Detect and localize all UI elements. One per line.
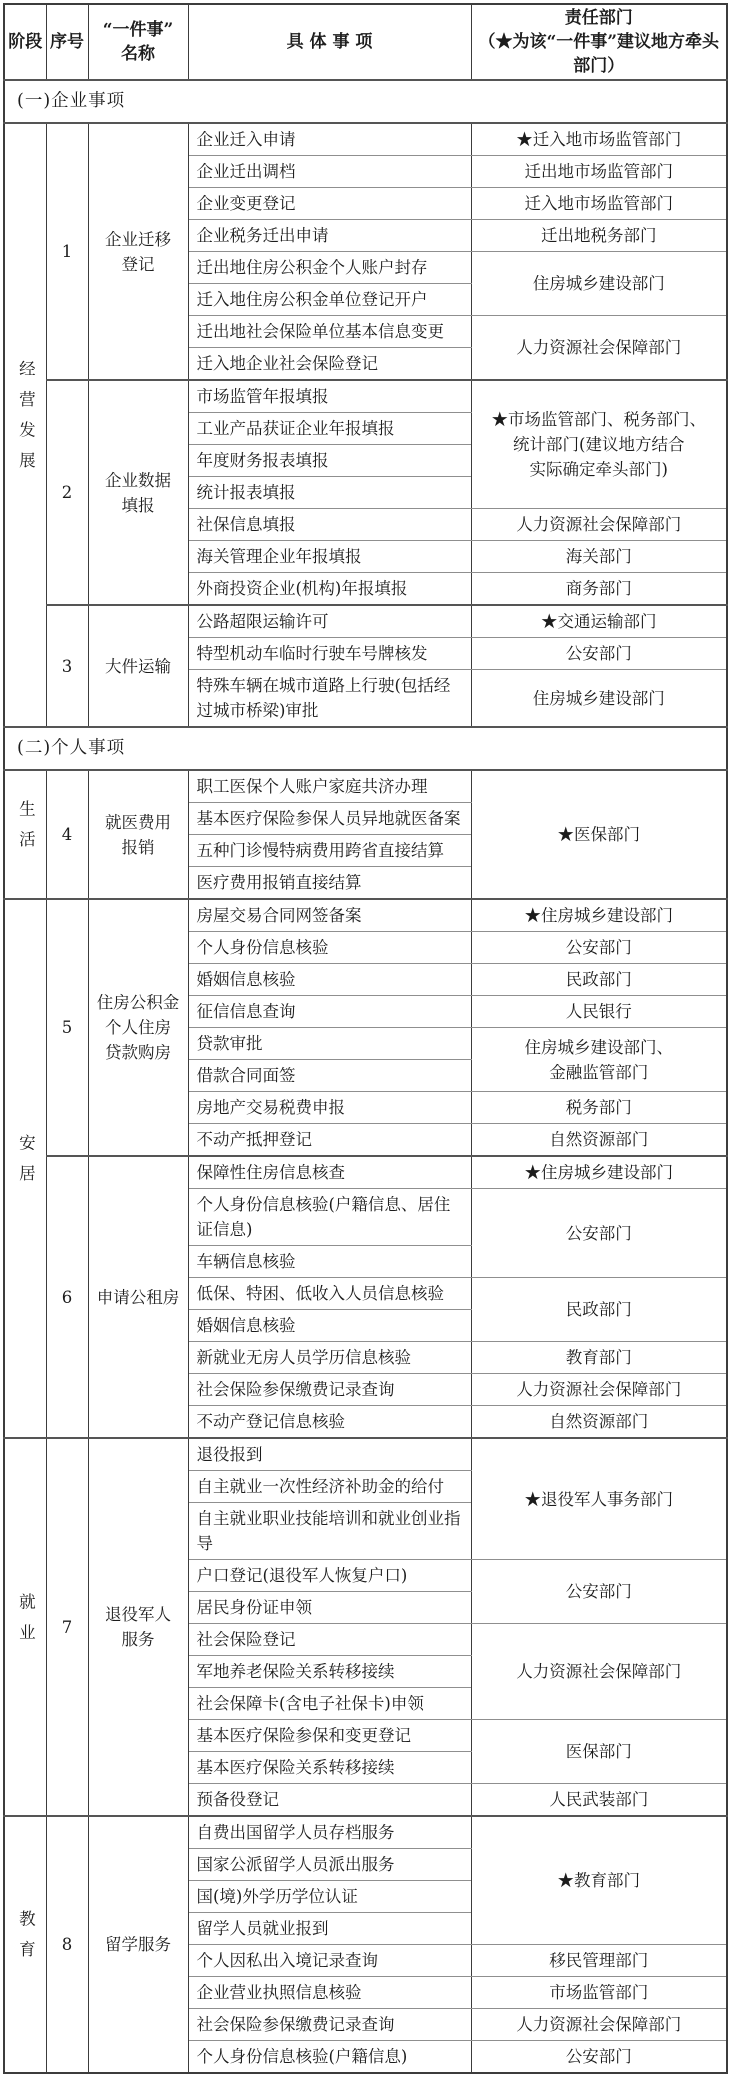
- dept-cell: ★医保部门: [471, 770, 727, 899]
- table-header: 阶段 序号 “一件事” 名称 具 体 事 项 责任部门 （★为该“一件事”建议地…: [4, 4, 727, 80]
- table-row: 就业7退役军人 服务退役报到★退役军人事务部门: [4, 1438, 727, 1471]
- item-cell: 贷款审批: [188, 1028, 471, 1060]
- header-row: 阶段 序号 “一件事” 名称 具 体 事 项 责任部门 （★为该“一件事”建议地…: [4, 4, 727, 80]
- item-cell: 国家公派留学人员派出服务: [188, 1849, 471, 1881]
- entry-number: 8: [46, 1816, 88, 2073]
- dept-cell: 移民管理部门: [471, 1945, 727, 1977]
- entry-number: 7: [46, 1438, 88, 1816]
- entry-name: 退役军人 服务: [88, 1438, 188, 1816]
- item-cell: 社会保险登记: [188, 1624, 471, 1656]
- item-cell: 社会保障卡(含电子社保卡)申领: [188, 1688, 471, 1720]
- item-cell: 个人因私出入境记录查询: [188, 1945, 471, 1977]
- dept-cell: 人力资源社会保障部门: [471, 1624, 727, 1720]
- dept-cell: 人民银行: [471, 996, 727, 1028]
- item-cell: 借款合同面签: [188, 1060, 471, 1092]
- section-title-row: (二)个人事项: [4, 727, 727, 770]
- dept-cell: 人力资源社会保障部门: [471, 1374, 727, 1406]
- item-cell: 居民身份证申领: [188, 1592, 471, 1624]
- item-cell: 企业变更登记: [188, 188, 471, 220]
- dept-cell: 自然资源部门: [471, 1406, 727, 1439]
- item-cell: 迁入地企业社会保险登记: [188, 348, 471, 381]
- item-cell: 保障性住房信息核查: [188, 1156, 471, 1189]
- table-row: 2企业数据 填报市场监管年报填报★市场监管部门、税务部门、 统计部门(建议地方结…: [4, 380, 727, 413]
- item-cell: 车辆信息核验: [188, 1246, 471, 1278]
- entry-name: 就医费用 报销: [88, 770, 188, 899]
- item-cell: 工业产品获证企业年报填报: [188, 413, 471, 445]
- entry-name: 大件运输: [88, 605, 188, 727]
- dept-cell: 住房城乡建设部门: [471, 670, 727, 728]
- entry-name: 申请公租房: [88, 1156, 188, 1438]
- dept-cell: 海关部门: [471, 541, 727, 573]
- stage-cell: 生活: [4, 770, 46, 899]
- item-cell: 外商投资企业(机构)年报填报: [188, 573, 471, 606]
- table-body: (一)企业事项经营发展1企业迁移 登记企业迁入申请★迁入地市场监管部门企业迁出调…: [4, 80, 727, 2073]
- stage-cell: 安居: [4, 899, 46, 1438]
- entry-number: 6: [46, 1156, 88, 1438]
- item-cell: 企业税务迁出申请: [188, 220, 471, 252]
- stage-label: 教育: [16, 1910, 34, 1971]
- item-cell: 基本医疗保险关系转移接续: [188, 1752, 471, 1784]
- item-cell: 社会保险参保缴费记录查询: [188, 2009, 471, 2041]
- dept-cell: 自然资源部门: [471, 1124, 727, 1157]
- item-cell: 社保信息填报: [188, 509, 471, 541]
- section-title: (一)企业事项: [4, 80, 727, 123]
- item-cell: 统计报表填报: [188, 477, 471, 509]
- entry-name: 住房公积金 个人住房 贷款购房: [88, 899, 188, 1156]
- dept-cell: ★交通运输部门: [471, 605, 727, 638]
- item-cell: 迁出地社会保险单位基本信息变更: [188, 316, 471, 348]
- dept-cell: 住房城乡建设部门: [471, 252, 727, 316]
- dept-cell: ★市场监管部门、税务部门、 统计部门(建议地方结合 实际确定牵头部门): [471, 380, 727, 509]
- dept-cell: 人力资源社会保障部门: [471, 316, 727, 381]
- item-cell: 职工医保个人账户家庭共济办理: [188, 770, 471, 803]
- dept-cell: 税务部门: [471, 1092, 727, 1124]
- item-cell: 市场监管年报填报: [188, 380, 471, 413]
- item-cell: 留学人员就业报到: [188, 1913, 471, 1945]
- dept-cell: 公安部门: [471, 1189, 727, 1278]
- dept-cell: 迁出地税务部门: [471, 220, 727, 252]
- table-row: 生活4就医费用 报销职工医保个人账户家庭共济办理★医保部门: [4, 770, 727, 803]
- item-cell: 特型机动车临时行驶车号牌核发: [188, 638, 471, 670]
- item-cell: 婚姻信息核验: [188, 1310, 471, 1342]
- item-cell: 海关管理企业年报填报: [188, 541, 471, 573]
- stage-cell: 教育: [4, 1816, 46, 2073]
- dept-cell: 公安部门: [471, 638, 727, 670]
- dept-cell: 商务部门: [471, 573, 727, 606]
- item-cell: 征信信息查询: [188, 996, 471, 1028]
- item-cell: 个人身份信息核验(户籍信息): [188, 2041, 471, 2074]
- dept-cell: 公安部门: [471, 932, 727, 964]
- dept-cell: 人力资源社会保障部门: [471, 509, 727, 541]
- header-no: 序号: [46, 4, 88, 80]
- dept-cell: ★迁入地市场监管部门: [471, 123, 727, 156]
- dept-cell: 市场监管部门: [471, 1977, 727, 2009]
- header-items: 具 体 事 项: [188, 4, 471, 80]
- document-page: 阶段 序号 “一件事” 名称 具 体 事 项 责任部门 （★为该“一件事”建议地…: [0, 0, 729, 2077]
- dept-cell: 住房城乡建设部门、 金融监管部门: [471, 1028, 727, 1092]
- item-cell: 新就业无房人员学历信息核验: [188, 1342, 471, 1374]
- item-cell: 预备役登记: [188, 1784, 471, 1817]
- item-cell: 退役报到: [188, 1438, 471, 1471]
- dept-cell: 迁出地市场监管部门: [471, 156, 727, 188]
- stage-label: 就业: [16, 1593, 34, 1654]
- item-cell: 个人身份信息核验: [188, 932, 471, 964]
- dept-cell: ★退役军人事务部门: [471, 1438, 727, 1560]
- dept-cell: 人民武装部门: [471, 1784, 727, 1817]
- item-cell: 迁出地住房公积金个人账户封存: [188, 252, 471, 284]
- item-cell: 房地产交易税费申报: [188, 1092, 471, 1124]
- dept-cell: ★住房城乡建设部门: [471, 1156, 727, 1189]
- one-thing-services-table: 阶段 序号 “一件事” 名称 具 体 事 项 责任部门 （★为该“一件事”建议地…: [3, 3, 728, 2074]
- item-cell: 不动产抵押登记: [188, 1124, 471, 1157]
- entry-name: 留学服务: [88, 1816, 188, 2073]
- dept-cell: ★教育部门: [471, 1816, 727, 1945]
- section-title: (二)个人事项: [4, 727, 727, 770]
- item-cell: 国(境)外学历学位认证: [188, 1881, 471, 1913]
- dept-cell: 迁入地市场监管部门: [471, 188, 727, 220]
- item-cell: 自费出国留学人员存档服务: [188, 1816, 471, 1849]
- item-cell: 五种门诊慢特病费用跨省直接结算: [188, 835, 471, 867]
- dept-cell: ★住房城乡建设部门: [471, 899, 727, 932]
- entry-number: 3: [46, 605, 88, 727]
- header-stage: 阶段: [4, 4, 46, 80]
- item-cell: 个人身份信息核验(户籍信息、居住证信息): [188, 1189, 471, 1246]
- dept-cell: 民政部门: [471, 964, 727, 996]
- item-cell: 不动产登记信息核验: [188, 1406, 471, 1439]
- item-cell: 医疗费用报销直接结算: [188, 867, 471, 900]
- stage-cell: 经营发展: [4, 123, 46, 727]
- item-cell: 低保、特困、低收入人员信息核验: [188, 1278, 471, 1310]
- item-cell: 军地养老保险关系转移接续: [188, 1656, 471, 1688]
- table-row: 教育8留学服务自费出国留学人员存档服务★教育部门: [4, 1816, 727, 1849]
- item-cell: 自主就业职业技能培训和就业创业指导: [188, 1503, 471, 1560]
- entry-number: 2: [46, 380, 88, 605]
- dept-cell: 公安部门: [471, 1560, 727, 1624]
- table-row: 经营发展1企业迁移 登记企业迁入申请★迁入地市场监管部门: [4, 123, 727, 156]
- item-cell: 公路超限运输许可: [188, 605, 471, 638]
- header-dept: 责任部门 （★为该“一件事”建议地方牵头部门）: [471, 4, 727, 80]
- entry-number: 1: [46, 123, 88, 380]
- table-row: 6申请公租房保障性住房信息核查★住房城乡建设部门: [4, 1156, 727, 1189]
- item-cell: 社会保险参保缴费记录查询: [188, 1374, 471, 1406]
- item-cell: 企业迁出调档: [188, 156, 471, 188]
- entry-number: 5: [46, 899, 88, 1156]
- section-title-row: (一)企业事项: [4, 80, 727, 123]
- stage-label: 安居: [16, 1134, 34, 1195]
- stage-label: 生活: [16, 800, 34, 861]
- stage-label: 经营发展: [16, 360, 34, 482]
- dept-cell: 教育部门: [471, 1342, 727, 1374]
- header-name: “一件事” 名称: [88, 4, 188, 80]
- item-cell: 户口登记(退役军人恢复户口): [188, 1560, 471, 1592]
- stage-cell: 就业: [4, 1438, 46, 1816]
- table-row: 安居5住房公积金 个人住房 贷款购房房屋交易合同网签备案★住房城乡建设部门: [4, 899, 727, 932]
- dept-cell: 民政部门: [471, 1278, 727, 1342]
- item-cell: 特殊车辆在城市道路上行驶(包括经过城市桥梁)审批: [188, 670, 471, 728]
- dept-cell: 医保部门: [471, 1720, 727, 1784]
- item-cell: 年度财务报表填报: [188, 445, 471, 477]
- item-cell: 企业迁入申请: [188, 123, 471, 156]
- dept-cell: 公安部门: [471, 2041, 727, 2074]
- entry-name: 企业迁移 登记: [88, 123, 188, 380]
- item-cell: 迁入地住房公积金单位登记开户: [188, 284, 471, 316]
- entry-name: 企业数据 填报: [88, 380, 188, 605]
- item-cell: 企业营业执照信息核验: [188, 1977, 471, 2009]
- entry-number: 4: [46, 770, 88, 899]
- item-cell: 自主就业一次性经济补助金的给付: [188, 1471, 471, 1503]
- dept-cell: 人力资源社会保障部门: [471, 2009, 727, 2041]
- item-cell: 基本医疗保险参保和变更登记: [188, 1720, 471, 1752]
- table-row: 3大件运输公路超限运输许可★交通运输部门: [4, 605, 727, 638]
- item-cell: 房屋交易合同网签备案: [188, 899, 471, 932]
- item-cell: 基本医疗保险参保人员异地就医备案: [188, 803, 471, 835]
- item-cell: 婚姻信息核验: [188, 964, 471, 996]
